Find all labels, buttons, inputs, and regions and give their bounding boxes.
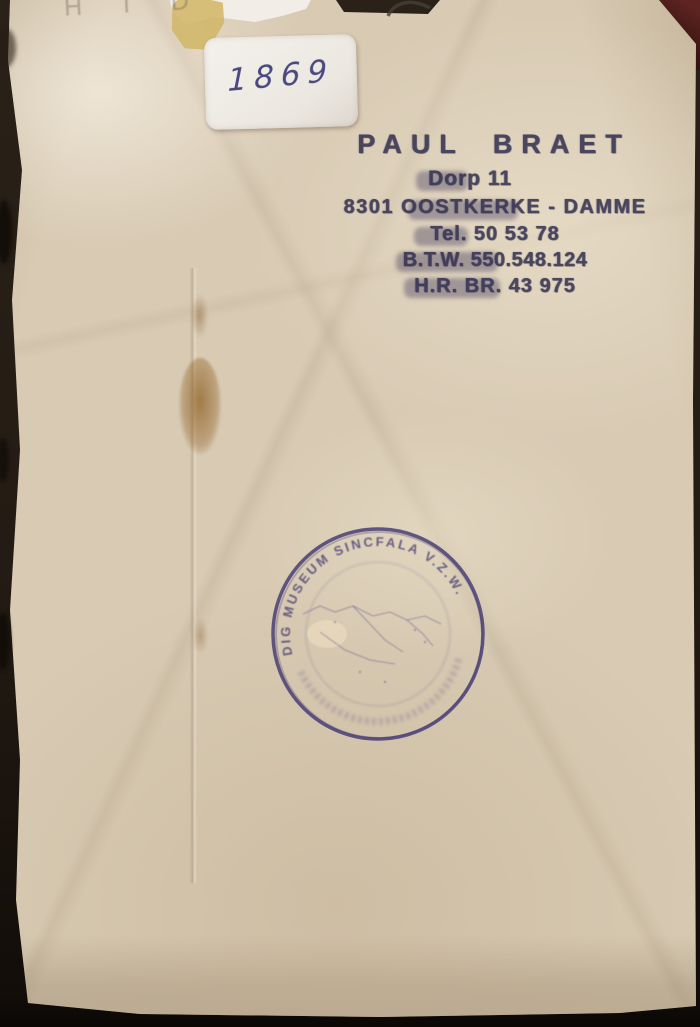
ink-blotch [404,278,500,298]
scan-edge-shadow [0,612,10,670]
stain [193,618,208,654]
ink-squiggle [386,0,434,18]
stamp-center-sketch [303,606,441,683]
ink-blotch [416,171,468,191]
ink-blotch [408,200,518,220]
scanned-document: H I D 1869 PAUL BRAET Dorp 11 8301 OOSTK… [0,0,700,1027]
round-museum-stamp: DIG MUSEUM SINCFALA V.Z.W. [265,522,495,752]
stain [191,294,208,338]
scan-edge-shadow [0,438,9,482]
scan-edge-shadow [0,200,12,264]
stamp-faded-bottom-text [301,658,459,721]
ink-blotch [396,252,498,272]
stain [179,358,221,454]
stamp-line-name: PAUL BRAET [333,129,655,160]
label-number-handwritten: 1869 [205,51,357,102]
adhesive-label: 1869 [204,34,358,130]
stamp-line-street: Dorp 11 [335,167,605,191]
ink-blotch [414,227,468,246]
